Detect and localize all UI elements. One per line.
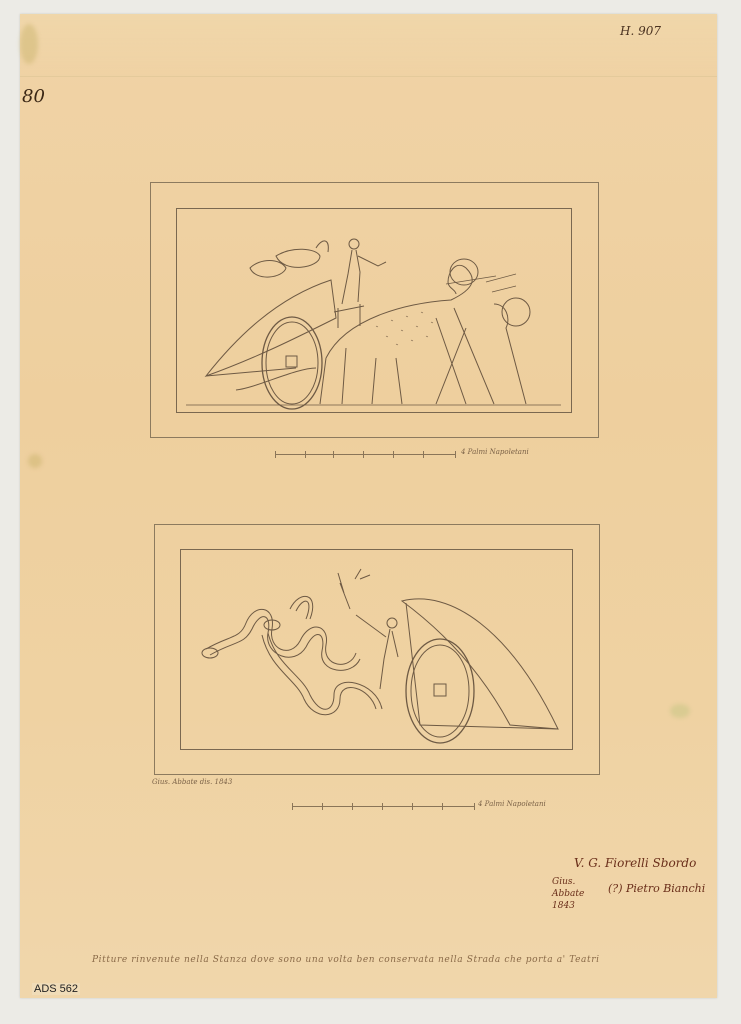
paper-stain bbox=[20, 24, 38, 64]
signature-line-2: (?) Pietro Bianchi bbox=[608, 882, 705, 895]
reference-number: H. 907 bbox=[620, 24, 661, 38]
serpent-chariot-drawing bbox=[180, 549, 571, 748]
paper-stain bbox=[670, 704, 690, 718]
panel-1-scale-bar: 4 Palmi Napoletani bbox=[275, 450, 537, 460]
signature-line-1: V. G. Fiorelli Sbordo bbox=[574, 856, 696, 870]
accession-label: ADS 562 bbox=[32, 983, 80, 995]
date-block: Gius. Abbate 1843 bbox=[552, 876, 584, 912]
panel-2-scale-bar: 4 Palmi Napoletani bbox=[292, 802, 554, 812]
folio-number: 80 bbox=[22, 86, 45, 107]
sheet-caption: Pitture rinvenute nella Stanza dove sono… bbox=[92, 955, 712, 965]
artist-signature: Gius. Abbate dis. 1843 bbox=[152, 778, 232, 786]
scale-label: 4 Palmi Napoletani bbox=[478, 800, 546, 808]
paper-sheet bbox=[20, 14, 717, 998]
scale-label: 4 Palmi Napoletani bbox=[461, 448, 529, 456]
paper-stain bbox=[28, 454, 42, 468]
leopard-chariot-drawing bbox=[176, 208, 570, 411]
